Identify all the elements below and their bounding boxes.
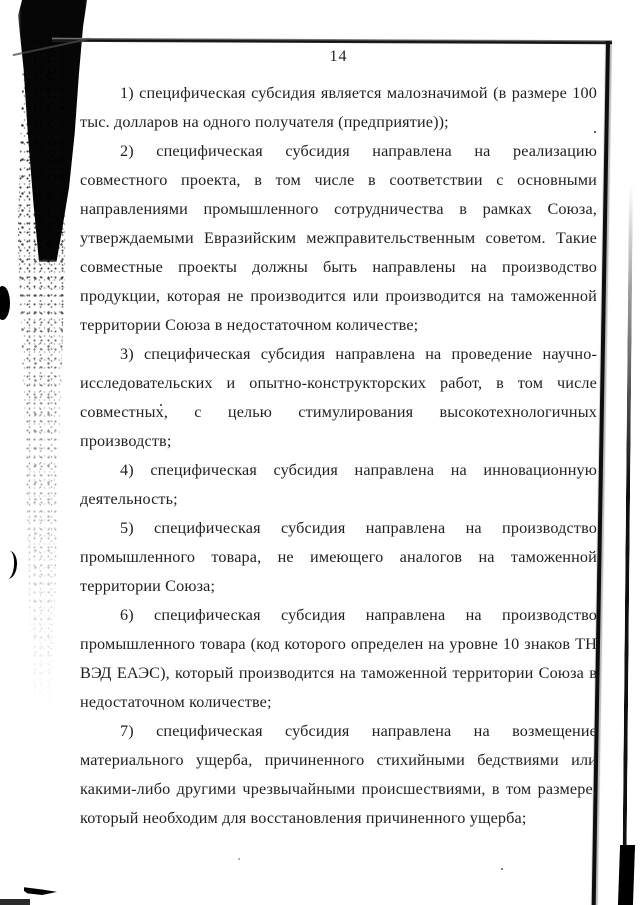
- scan-artifact-left-noise: [10, 30, 74, 710]
- page-number: 14: [80, 48, 597, 66]
- document-body: 1) специфическая субсидия является малоз…: [80, 79, 597, 833]
- scan-artifact-right-bar: [618, 845, 635, 905]
- scan-artifact-corner-strip: [0, 899, 30, 905]
- paragraph-item-2: 2) специфическая субсидия направлена на …: [80, 137, 597, 340]
- paragraph-item-4: 4) специфическая субсидия направлена на …: [80, 456, 597, 514]
- scan-speck: [238, 858, 240, 860]
- paragraph-item-1: 1) специфическая субсидия является малоз…: [80, 79, 597, 137]
- paragraph-item-6: 6) специфическая субсидия направлена на …: [80, 601, 597, 717]
- scan-speck: [501, 868, 503, 870]
- scanned-page: 14 1) специфическая субсидия является ма…: [0, 0, 640, 905]
- paragraph-item-5: 5) специфическая субсидия направлена на …: [80, 514, 597, 601]
- paragraph-item-7: 7) специфическая субсидия направлена на …: [80, 717, 597, 833]
- paragraph-item-3: 3) специфическая субсидия направлена на …: [80, 340, 597, 456]
- scan-artifact-edge-blob: [0, 286, 10, 320]
- page-border-right-outer: [623, 185, 633, 850]
- page-border-top: [52, 38, 612, 44]
- scan-artifact-bottom-smudge: [24, 884, 57, 895]
- scan-artifact-bracket-mark: [4, 551, 18, 580]
